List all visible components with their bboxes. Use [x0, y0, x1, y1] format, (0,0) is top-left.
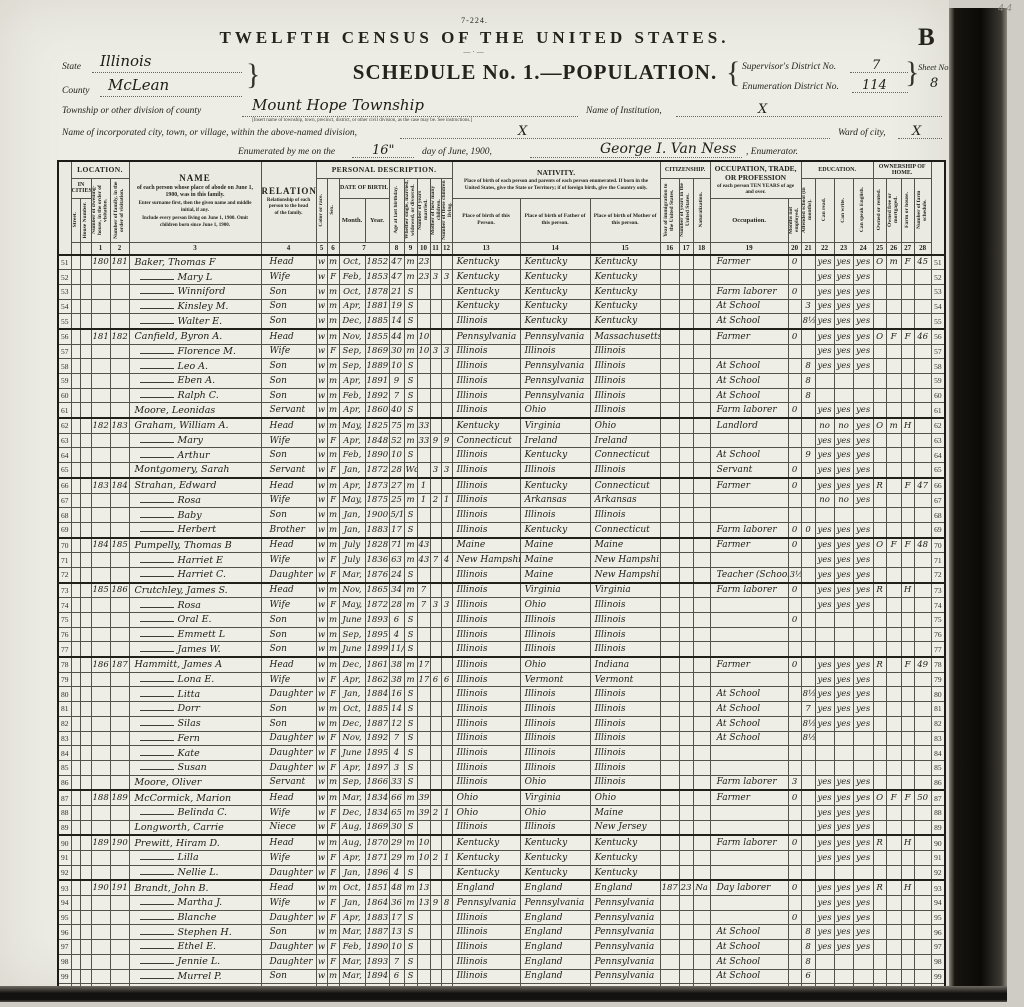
birth_year: 1860: [365, 403, 389, 418]
enumerator-name: George I. Van Ness: [600, 141, 736, 157]
owned_rented: [873, 463, 886, 478]
birth_year: 1899: [365, 642, 389, 657]
father_birthplace: Ohio: [520, 775, 590, 790]
owned_rented: [873, 448, 886, 463]
immigration_year: [660, 760, 679, 775]
can_read: yes: [815, 583, 834, 598]
mother_of: [430, 583, 441, 598]
can_read: [815, 954, 834, 969]
attended_school: [801, 865, 815, 880]
father_birthplace: Pennsylvania: [520, 359, 590, 374]
birth_month: Apr,: [339, 478, 365, 493]
line: 93: [58, 880, 71, 895]
house: [80, 687, 91, 702]
nativity-title: NATIVITY.: [453, 168, 660, 177]
name: Baker, Thomas F: [129, 255, 261, 270]
sex: m: [327, 418, 339, 433]
birthplace: Ohio: [452, 805, 520, 820]
father_birthplace: England: [520, 880, 590, 895]
mother_birthplace: Maine: [590, 538, 660, 553]
farm_schedule: [914, 835, 931, 850]
naturalization: [693, 851, 710, 866]
months_not_employed: [788, 344, 801, 359]
paper-sheet: 7-224. TWELFTH CENSUS OF THE UNITED STAT…: [0, 0, 949, 990]
table-row: 92Nellie L.DaughterwFJan,18964SKentuckyK…: [58, 865, 945, 880]
birth_year: 1873: [365, 478, 389, 493]
occupation: Farm laborer: [710, 522, 788, 537]
years_married: [417, 865, 430, 880]
years_married: [417, 388, 430, 403]
farm_house: [901, 672, 914, 687]
sex: F: [327, 567, 339, 582]
table-row: 79Lona E.WifewFApr,186238m1766IllinoisVe…: [58, 672, 945, 687]
house: [80, 522, 91, 537]
farm_schedule: [914, 388, 931, 403]
children_living: [441, 388, 452, 403]
color: w: [316, 598, 327, 613]
scan-edge-right: [949, 8, 1007, 990]
immigration_year: [660, 687, 679, 702]
line: 59: [58, 374, 71, 389]
line: 72: [58, 567, 71, 582]
children_living: 8: [441, 896, 452, 911]
free_mortgaged: [886, 583, 901, 598]
farm_schedule: [914, 760, 931, 775]
years_in_us: [679, 925, 693, 940]
column-number: 27: [901, 242, 914, 255]
years_married: [417, 716, 430, 731]
line: 90: [58, 835, 71, 850]
children_living: [441, 538, 452, 553]
birth_month: Apr,: [339, 672, 365, 687]
relation: Head: [261, 478, 316, 493]
line: 82: [58, 716, 71, 731]
marital: m: [404, 805, 417, 820]
street: [71, 760, 80, 775]
line-number-right: 75: [931, 613, 945, 628]
months_not_employed: [788, 820, 801, 835]
table-row: 62182183Graham, William A.HeadwmMay,1825…: [58, 418, 945, 433]
father_birthplace: Illinois: [520, 702, 590, 717]
supervisors-district-label: Supervisor's District No.: [742, 62, 836, 72]
can_speak_english: yes: [853, 790, 873, 805]
owned_rented: [873, 910, 886, 925]
dwelling: [91, 553, 110, 568]
father_birthplace: Kentucky: [520, 835, 590, 850]
column-number: 18: [693, 242, 710, 255]
years-married-header: Number of years married.: [417, 178, 430, 242]
occupation: [710, 820, 788, 835]
family: [110, 969, 129, 984]
birthplace: Illinois: [452, 716, 520, 731]
free_mortgaged: [886, 865, 901, 880]
house: [80, 493, 91, 508]
birth_year: 1875: [365, 493, 389, 508]
attended_school: [801, 255, 815, 270]
birth_year: 1894: [365, 969, 389, 984]
owned_rented: O: [873, 538, 886, 553]
years-in-us-header: Number of years in the United States.: [679, 178, 693, 242]
birthplace: Ohio: [452, 790, 520, 805]
birthplace: Illinois: [452, 359, 520, 374]
street: [71, 954, 80, 969]
farm_house: [901, 388, 914, 403]
name: Kinsley M.: [129, 299, 261, 314]
dwelling: [91, 642, 110, 657]
years_in_us: [679, 940, 693, 955]
line: 56: [58, 329, 71, 344]
attended_school: [801, 910, 815, 925]
mother-birthplace-header: Place of birth of Mother of this person.: [590, 198, 660, 242]
can_write: [834, 746, 853, 761]
family: [110, 687, 129, 702]
free_mortgaged: [886, 969, 901, 984]
dwelling: [91, 403, 110, 418]
birth_year: 1855: [365, 329, 389, 344]
street: [71, 672, 80, 687]
relation: Wife: [261, 851, 316, 866]
mother_of: [430, 731, 441, 746]
farm_house: [901, 969, 914, 984]
years_married: 17: [417, 672, 430, 687]
sex: m: [327, 835, 339, 850]
street: [71, 448, 80, 463]
relation: Son: [261, 627, 316, 642]
farm_schedule: 50: [914, 790, 931, 805]
family: 189: [110, 790, 129, 805]
table-row: 80LittaDaughterwFJan,188416SIllinoisIlli…: [58, 687, 945, 702]
farm_schedule: [914, 925, 931, 940]
birth_month: Aug,: [339, 835, 365, 850]
family: [110, 433, 129, 448]
name: Florence M.: [129, 344, 261, 359]
table-row: 56181182Canfield, Byron A.HeadwmNov,1855…: [58, 329, 945, 344]
naturalization: [693, 314, 710, 329]
occupation: Landlord: [710, 418, 788, 433]
occupation: At School: [710, 687, 788, 702]
line: 96: [58, 925, 71, 940]
enumerator-suffix: , Enumerator.: [746, 147, 798, 157]
dwelling: [91, 910, 110, 925]
father_birthplace: Ohio: [520, 598, 590, 613]
immigration_year: [660, 613, 679, 628]
age: 65: [389, 805, 404, 820]
attended_school: 7: [801, 702, 815, 717]
house: [80, 880, 91, 895]
can_speak_english: yes: [853, 672, 873, 687]
children_living: [441, 284, 452, 299]
years_in_us: [679, 687, 693, 702]
column-number: 7: [339, 242, 389, 255]
farm_house: F: [901, 255, 914, 270]
can_read: yes: [815, 567, 834, 582]
line-number-right: 95: [931, 910, 945, 925]
line: 57: [58, 344, 71, 359]
can_speak_english: yes: [853, 463, 873, 478]
mother_of: [430, 627, 441, 642]
in-cities-header: IN CITIES.: [71, 178, 91, 198]
mother_of: [430, 746, 441, 761]
farm_house: [901, 642, 914, 657]
house: [80, 969, 91, 984]
attended_school: 8: [801, 925, 815, 940]
mother_of: 2: [430, 493, 441, 508]
marital: S: [404, 687, 417, 702]
children_living: [441, 925, 452, 940]
county-underline: [100, 96, 242, 97]
line-number-right: 99: [931, 969, 945, 984]
line-number-right: 53: [931, 284, 945, 299]
can_write: yes: [834, 329, 853, 344]
mother_birthplace: Illinois: [590, 613, 660, 628]
immigration_year: [660, 270, 679, 285]
mother_of: [430, 374, 441, 389]
color: w: [316, 314, 327, 329]
table-row: 95BlancheDaughterwFApr,188317SIllinoisEn…: [58, 910, 945, 925]
line: 55: [58, 314, 71, 329]
mother_birthplace: Connecticut: [590, 448, 660, 463]
street: [71, 583, 80, 598]
birth_month: June: [339, 613, 365, 628]
farm_house: [901, 910, 914, 925]
line-number-right: 85: [931, 760, 945, 775]
months_not_employed: [788, 716, 801, 731]
farm_schedule: [914, 433, 931, 448]
owned_rented: [873, 598, 886, 613]
district-brace-open: {: [726, 56, 740, 90]
attended_school: [801, 418, 815, 433]
birth_year: 1881: [365, 299, 389, 314]
marital: m: [404, 835, 417, 850]
free_mortgaged: [886, 627, 901, 642]
free_mortgaged: [886, 374, 901, 389]
immigration_year: [660, 583, 679, 598]
naturalization: [693, 329, 710, 344]
owned_rented: [873, 359, 886, 374]
relation-title: RELATION.: [262, 186, 316, 196]
marital: m: [404, 538, 417, 553]
line-number-right: 64: [931, 448, 945, 463]
can_read: yes: [815, 657, 834, 672]
ward-value: X: [912, 124, 921, 139]
family: [110, 925, 129, 940]
children_living: 3: [441, 270, 452, 285]
owned_rented: [873, 672, 886, 687]
marital: m: [404, 657, 417, 672]
column-number: 6: [327, 242, 339, 255]
line-number-right: 61: [931, 403, 945, 418]
can_write: yes: [834, 359, 853, 374]
dwelling: [91, 388, 110, 403]
birth_month: Dec,: [339, 716, 365, 731]
can_read: yes: [815, 790, 834, 805]
table-row: 75Oral E.SonwmJune18936SIllinoisIllinois…: [58, 613, 945, 628]
can_speak_english: [853, 954, 873, 969]
birthplace: Illinois: [452, 448, 520, 463]
marital: S: [404, 760, 417, 775]
family: [110, 388, 129, 403]
months_not_employed: 0: [788, 910, 801, 925]
name: Ethel E.: [129, 940, 261, 955]
farm_schedule: 49: [914, 657, 931, 672]
farm_house: [901, 598, 914, 613]
occupation: [710, 493, 788, 508]
line: 94: [58, 896, 71, 911]
street: [71, 493, 80, 508]
birthplace: Illinois: [452, 940, 520, 955]
dwelling: [91, 925, 110, 940]
mother_birthplace: Illinois: [590, 716, 660, 731]
relation: Son: [261, 642, 316, 657]
nativity-group-header: NATIVITY. Place of birth of each person …: [452, 161, 660, 198]
immigration_year: [660, 820, 679, 835]
months_not_employed: [788, 672, 801, 687]
farm_schedule: [914, 359, 931, 374]
family: [110, 716, 129, 731]
years_in_us: 23: [679, 880, 693, 895]
birth_year: 1870: [365, 835, 389, 850]
years_married: [417, 508, 430, 523]
mother_of: [430, 790, 441, 805]
free_mortgaged: [886, 880, 901, 895]
owned_rented: [873, 508, 886, 523]
months_not_employed: 0: [788, 284, 801, 299]
years_married: 33: [417, 418, 430, 433]
naturalization: Na: [693, 880, 710, 895]
relation: Head: [261, 418, 316, 433]
marital-status-header: Whether single, married, widowed, or div…: [404, 178, 417, 242]
dwelling: [91, 284, 110, 299]
dwelling: [91, 314, 110, 329]
relation: Daughter: [261, 731, 316, 746]
father-birthplace-header: Place of birth of Father of this person.: [520, 198, 590, 242]
free_mortgaged: [886, 835, 901, 850]
occupation: Farm laborer: [710, 284, 788, 299]
can_write: yes: [834, 567, 853, 582]
children_living: [441, 775, 452, 790]
mother_of: 7: [430, 553, 441, 568]
father_birthplace: Pennsylvania: [520, 329, 590, 344]
occupation: At School: [710, 716, 788, 731]
family: [110, 359, 129, 374]
years_married: 7: [417, 583, 430, 598]
name: Hammitt, James A: [129, 657, 261, 672]
township-note: [Insert name of township, town, precinct…: [252, 118, 472, 123]
street: [71, 433, 80, 448]
sex: m: [327, 538, 339, 553]
birth_month: July: [339, 538, 365, 553]
owned_rented: R: [873, 880, 886, 895]
years_married: [417, 448, 430, 463]
dwelling: [91, 433, 110, 448]
attended_school: [801, 896, 815, 911]
occupation: [710, 270, 788, 285]
months_not_employed: [788, 359, 801, 374]
house-number-header: House Number.: [80, 198, 91, 242]
family: 182: [110, 329, 129, 344]
marital: S: [404, 746, 417, 761]
sex: m: [327, 657, 339, 672]
owned_rented: [873, 820, 886, 835]
name: Moore, Oliver: [129, 775, 261, 790]
months_not_employed: [788, 940, 801, 955]
birth_month: Jan,: [339, 896, 365, 911]
can_write: no: [834, 418, 853, 433]
can_write: [834, 954, 853, 969]
years_in_us: [679, 553, 693, 568]
sex: m: [327, 613, 339, 628]
street: [71, 851, 80, 866]
marital: S: [404, 508, 417, 523]
table-row: 71Harriet EWifewFJuly183663m4374New Hamp…: [58, 553, 945, 568]
marital: S: [404, 820, 417, 835]
birthplace: Illinois: [452, 403, 520, 418]
father_birthplace: Kentucky: [520, 865, 590, 880]
farm_house: [901, 493, 914, 508]
line-number-right: 97: [931, 940, 945, 955]
name-sub2: Enter surname first, then the given name…: [135, 201, 256, 214]
mother_birthplace: Kentucky: [590, 835, 660, 850]
family: [110, 940, 129, 955]
farm_schedule: [914, 522, 931, 537]
line: 69: [58, 522, 71, 537]
years_in_us: [679, 598, 693, 613]
birth_year: 1883: [365, 910, 389, 925]
can_write: [834, 760, 853, 775]
children_living: [441, 940, 452, 955]
years_married: 33: [417, 433, 430, 448]
owned_rented: [873, 775, 886, 790]
table-row: 97Ethel E.DaughterwFFeb,189010SIllinoisE…: [58, 940, 945, 955]
years_in_us: [679, 613, 693, 628]
house: [80, 820, 91, 835]
naturalization: [693, 344, 710, 359]
mother_birthplace: Connecticut: [590, 522, 660, 537]
birthplace: Illinois: [452, 746, 520, 761]
dwelling: [91, 359, 110, 374]
column-number: 28: [914, 242, 931, 255]
father_birthplace: Ohio: [520, 403, 590, 418]
family: [110, 702, 129, 717]
line: 61: [58, 403, 71, 418]
can_write: yes: [834, 820, 853, 835]
occupation: [710, 760, 788, 775]
free_mortgaged: [886, 910, 901, 925]
marital: S: [404, 299, 417, 314]
mother_of: 3: [430, 344, 441, 359]
sex: m: [327, 359, 339, 374]
immigration_year: [660, 463, 679, 478]
relation: Servant: [261, 775, 316, 790]
mother_of: [430, 522, 441, 537]
name-column-header: NAME of each person whose place of abode…: [129, 161, 261, 242]
mother_of: 6: [430, 672, 441, 687]
father_birthplace: Illinois: [520, 642, 590, 657]
family: [110, 314, 129, 329]
dwelling: [91, 969, 110, 984]
months_not_employed: 0: [788, 403, 801, 418]
line-number-column-header-right: [931, 161, 945, 255]
relation: Son: [261, 702, 316, 717]
farm_schedule: [914, 702, 931, 717]
months_not_employed: 0: [788, 880, 801, 895]
children_living: [441, 299, 452, 314]
farm_house: F: [901, 478, 914, 493]
marital: m: [404, 433, 417, 448]
can_read: [815, 613, 834, 628]
immigration_year: [660, 359, 679, 374]
street: [71, 329, 80, 344]
